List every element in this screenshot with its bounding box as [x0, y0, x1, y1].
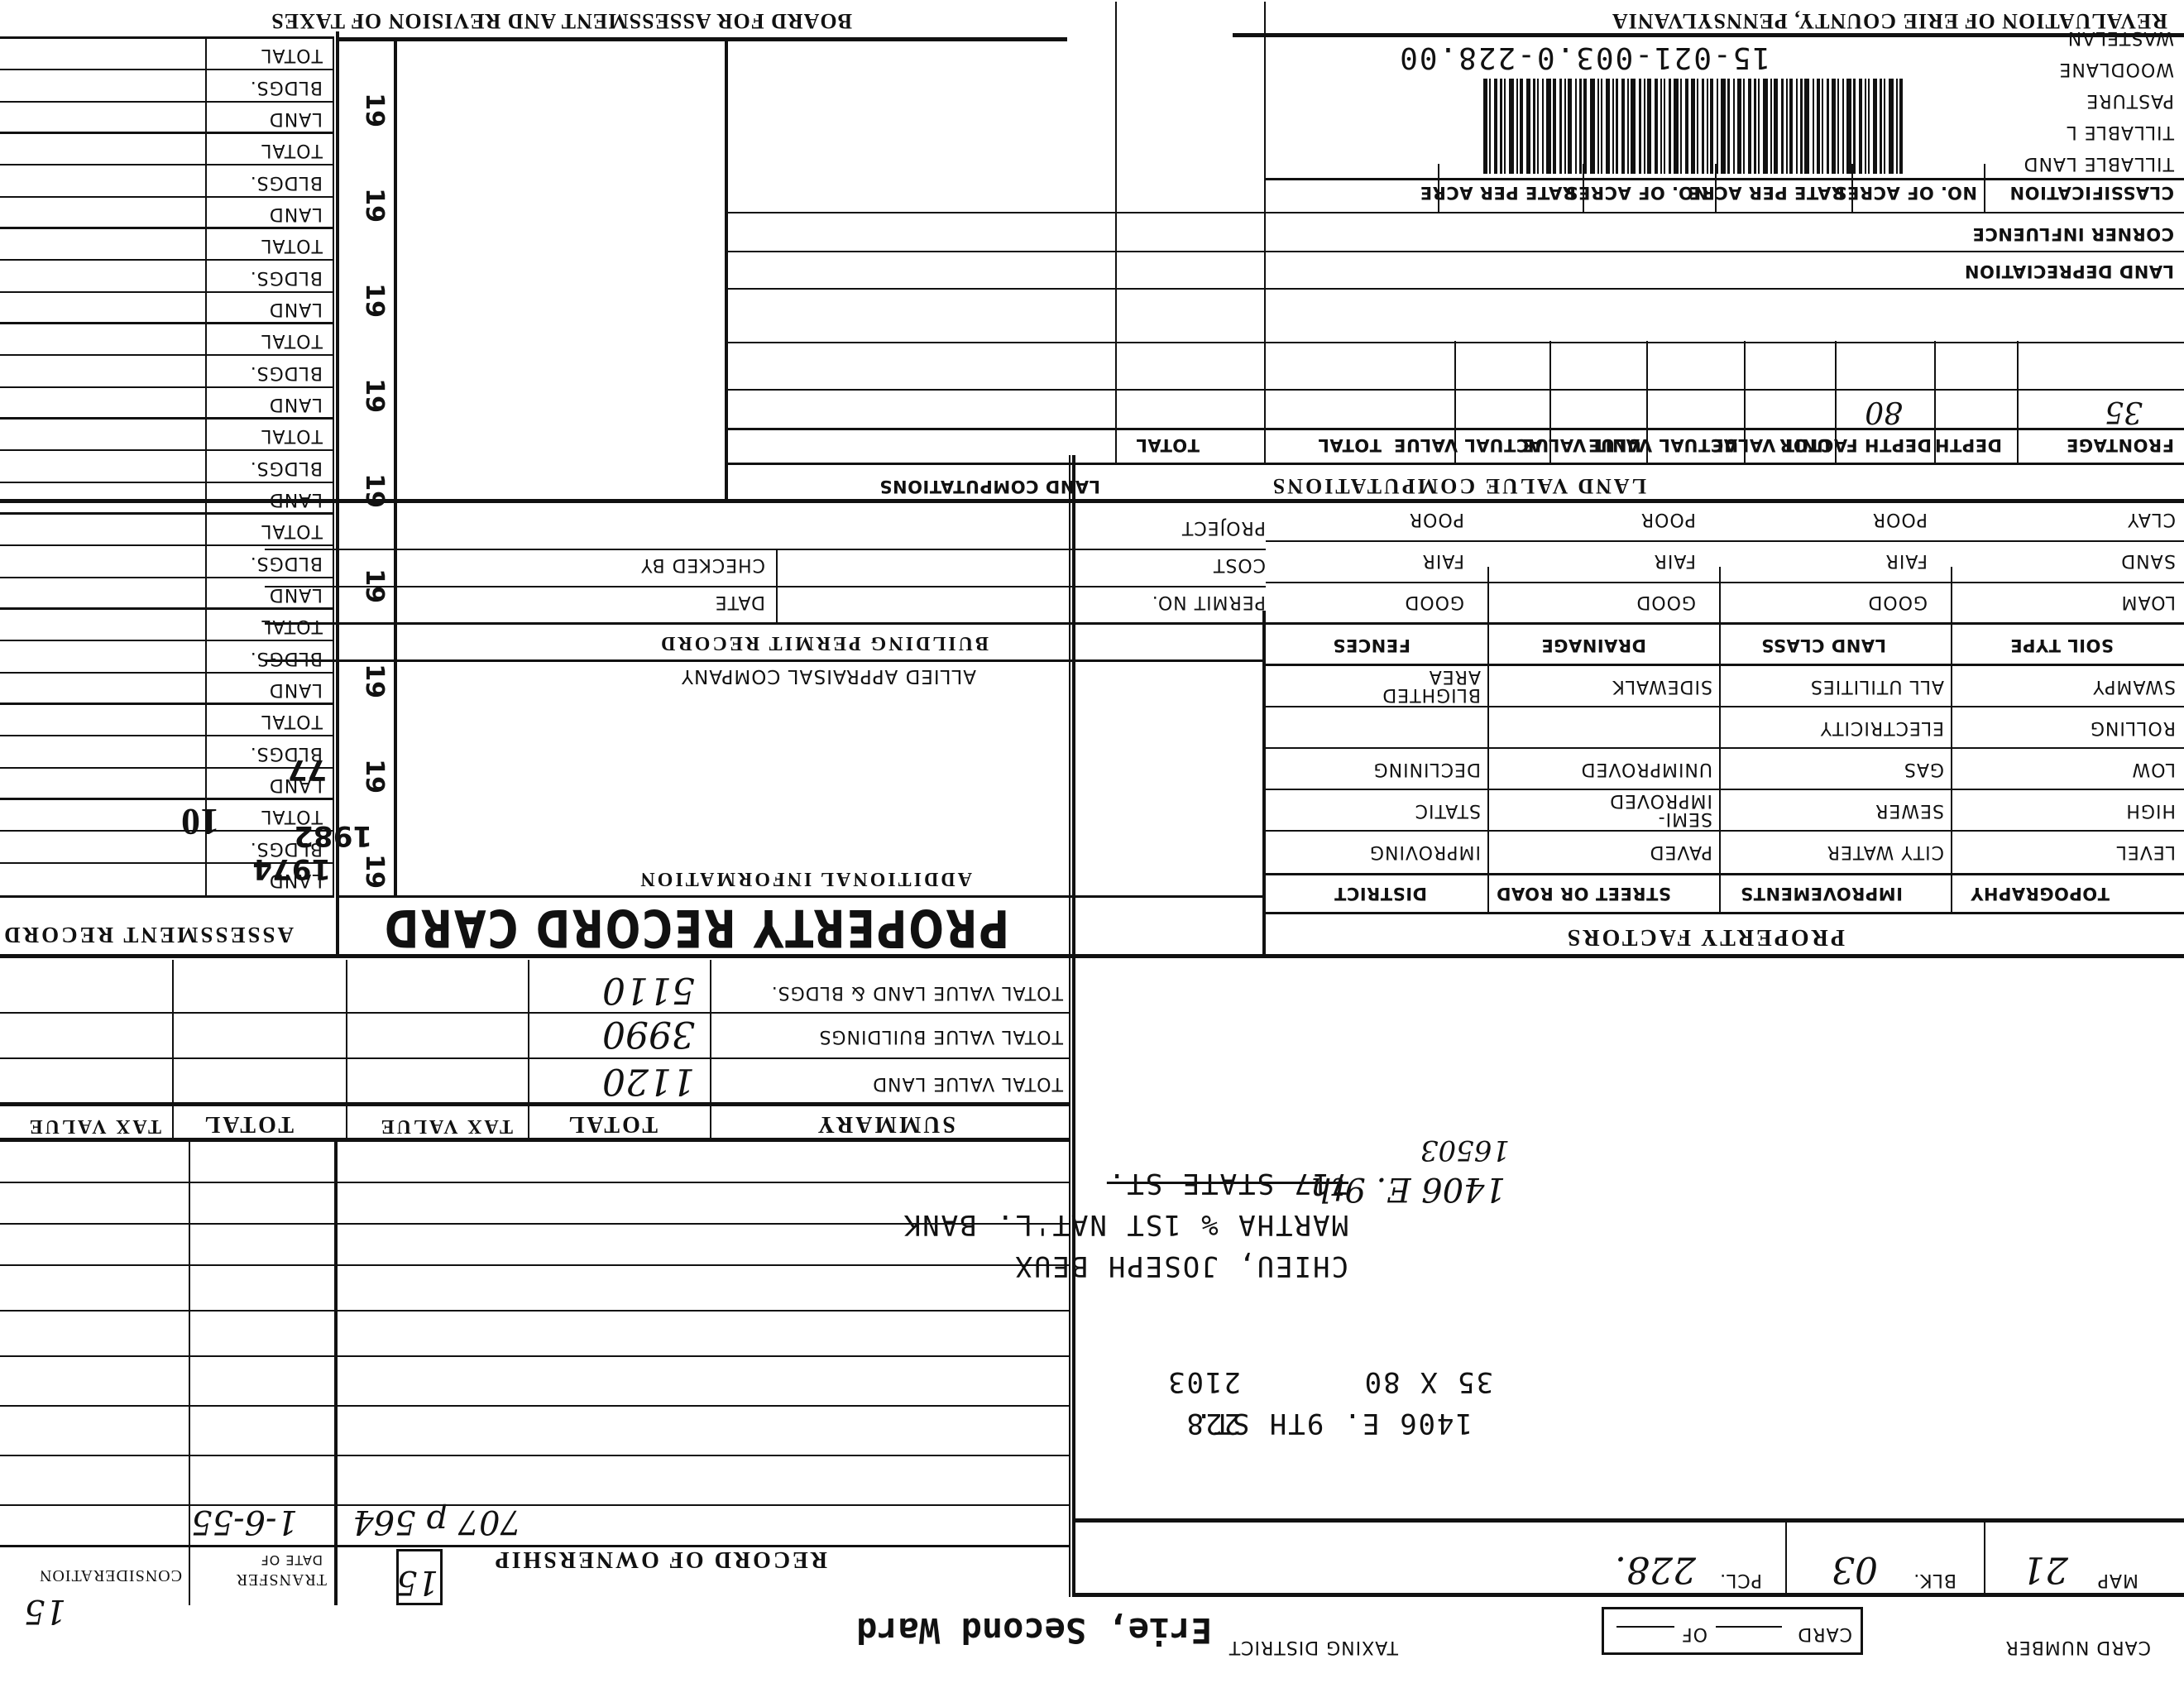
permit-cost-label: COST [1213, 554, 1266, 575]
of-label: OF [1681, 1623, 1707, 1644]
rule [728, 463, 2184, 465]
permit-no-label: PERMIT NO. [1152, 592, 1266, 612]
pf-rolling[interactable]: ROLLING [2090, 717, 2176, 738]
summary-title: SUMMARY [816, 1110, 955, 1137]
pf-semi-improved[interactable]: SEMI-IMPROVED [1613, 791, 1712, 827]
barcode-bar [1537, 79, 1539, 174]
barcode-bar [1639, 79, 1641, 174]
lvc-rate-per-acre-2: RATE PER ACRE [1420, 183, 1576, 203]
year-prefix: 19 [360, 759, 389, 794]
barcode-bar [1786, 79, 1788, 174]
barcode-bar [1660, 79, 1662, 174]
year-prefix: 19 [360, 473, 389, 508]
rule [265, 659, 1266, 662]
assessment-value-cell[interactable] [0, 420, 203, 451]
pf-drainage-good[interactable]: GOOD [1636, 592, 1696, 612]
barcode-bar [1707, 79, 1708, 174]
assessment-value-cell[interactable] [0, 832, 203, 863]
pf-fences-good[interactable]: GOOD [1404, 592, 1464, 612]
rule [1266, 706, 2184, 707]
assessment-row-label: BLDGS. [250, 77, 323, 98]
barcode-bar [1804, 79, 1809, 174]
lvc-header-frontage: FRONTAGE [2067, 435, 2174, 455]
assessment-row-label: BLDGS. [250, 172, 323, 193]
rule [265, 586, 1266, 587]
pf-sand[interactable]: SAND [2120, 550, 2176, 571]
assessment-value-cell[interactable] [0, 451, 203, 482]
barcode-bar [1674, 79, 1679, 174]
ownership-date[interactable]: 1-6-55 [191, 1503, 298, 1541]
barcode-bar [1616, 79, 1618, 174]
assessment-row-label: TOTAL [261, 45, 323, 65]
rule [1075, 1593, 2184, 1597]
permit-project-label: PROJECT [1181, 517, 1266, 538]
assessment-value-cell[interactable] [0, 261, 203, 292]
barcode-bar [1796, 79, 1798, 174]
barcode-bar [1896, 79, 1898, 174]
rule [728, 428, 2184, 430]
year-prefix: 19 [360, 568, 389, 603]
assessment-value-cell[interactable] [0, 610, 203, 641]
assessment-value-cell[interactable] [0, 546, 203, 578]
assessment-row-label: TOTAL [261, 330, 323, 351]
barcode-bar [1865, 79, 1866, 174]
blk-value[interactable]: 03 [1832, 1548, 1878, 1590]
year-prefix: 19 [360, 854, 389, 889]
rule [1266, 830, 2184, 832]
card-label: CARD [1797, 1623, 1852, 1644]
assessment-row-label: LAND [269, 204, 323, 224]
assessment-value-cell[interactable] [0, 70, 203, 102]
lvc-depth-factor-value[interactable]: 80 [1865, 395, 1903, 429]
pf-paved[interactable]: PAVED [1650, 842, 1712, 862]
card-of-box[interactable]: CARD OF [1602, 1607, 1863, 1655]
lvc-header-actual-value-2: ACTUAL VALUE [1394, 435, 1543, 455]
rule [394, 37, 397, 898]
barcode-bar [1483, 79, 1487, 174]
summary-col-total: TOTAL [567, 1110, 658, 1137]
barcode-bar [1737, 79, 1741, 174]
barcode-bar [1597, 79, 1599, 174]
pf-header-soil-type: SOIL TYPE [2010, 635, 2114, 655]
rule [0, 1264, 1070, 1266]
owner-name: CHIEU, JOSEPH BEUX [1014, 1249, 1348, 1283]
barcode-bar [1680, 79, 1682, 174]
barcode-bar [1546, 79, 1551, 174]
lvc-corner-influence: CORNER INFLUENCE [1972, 224, 2174, 244]
assessment-value-cell[interactable] [0, 198, 203, 229]
summary-col-total-2: TOTAL [203, 1110, 294, 1137]
pf-clay[interactable]: CLAY [2127, 509, 2176, 530]
pcl-label: PCL. [1719, 1570, 1762, 1590]
pf-loam[interactable]: LOAM [2121, 592, 2176, 612]
barcode-bar [1516, 79, 1518, 174]
barcode-bar [1520, 79, 1523, 174]
pf-header-street: STREET OR ROAD [1497, 884, 1671, 904]
year-prefix: 19 [360, 283, 389, 318]
rule [1438, 164, 1439, 213]
rule [0, 499, 2184, 503]
barcode-bar [1710, 79, 1713, 174]
rule [1266, 622, 2184, 625]
lvc-header-total: TOTAL [1318, 435, 1382, 455]
barcode-bar [1721, 79, 1726, 174]
card-number-label: CARD NUMBER [2060, 1637, 2151, 1657]
rule [339, 895, 1266, 898]
pf-city-water[interactable]: CITY WATER [1827, 842, 1944, 862]
barcode-bar [1727, 79, 1730, 174]
barcode-bar [1889, 79, 1894, 174]
appraisal-company: ALLIED APPRAISAL COMPANY [681, 665, 976, 687]
assessment-value-cell[interactable] [0, 705, 203, 736]
rule [1951, 567, 1952, 914]
ward-number: 15 [396, 1563, 438, 1601]
owner-address-handwritten: 1406 E. 9th [1310, 1170, 1506, 1208]
assessment-value-cell[interactable] [0, 229, 203, 261]
pf-gas[interactable]: GAS [1904, 759, 1944, 779]
rule [1266, 178, 2184, 180]
barcode-bar [1590, 79, 1595, 174]
rule [0, 1455, 1070, 1456]
summary-buildings-label: TOTAL VALUE BUILDINGS [819, 1026, 1063, 1047]
pcl-value[interactable]: 228. [1615, 1548, 1696, 1590]
card-blank [1716, 1626, 1782, 1628]
rule [1069, 455, 1070, 1597]
assessment-row-label: LAND [269, 489, 323, 510]
rule [0, 1138, 1070, 1142]
assessment-row-label: LAND [269, 774, 323, 795]
pf-header-fences: FENCES [1333, 635, 1410, 655]
land-computations-title: LAND COMPUTATIONS [879, 477, 1100, 496]
lvc-no-of-acres: NO. OF ACRES [1834, 183, 1977, 203]
rule [1549, 341, 1551, 465]
property-record-card: CARD NUMBER CARD OF TAXING DISTRICT Erie… [0, 0, 2184, 1688]
assessment-value-cell[interactable] [0, 324, 203, 356]
barcode-bar [1621, 79, 1625, 174]
rule [1744, 341, 1746, 465]
summary-col-tax-value: TAX VALUE [379, 1115, 513, 1137]
assessment-value-cell[interactable] [0, 103, 203, 134]
barcode-bar [1612, 79, 1614, 174]
rule [205, 39, 207, 895]
barcode-bar [1509, 79, 1514, 174]
ward-box: 15 [396, 1549, 443, 1605]
pf-low[interactable]: LOW [2131, 759, 2176, 779]
rule [339, 37, 1067, 41]
rule [172, 960, 174, 1142]
barcode-bar [1743, 79, 1745, 174]
lvc-classification: CLASSIFICATION [2009, 183, 2174, 203]
barcode-bar [1758, 79, 1760, 174]
barcode-bar [1669, 79, 1671, 174]
rule [0, 954, 2184, 958]
date-of-label: DATE OF [260, 1552, 323, 1568]
year-prefix: 19 [360, 664, 389, 698]
rule [1075, 1518, 2184, 1523]
barcode-bar [1504, 79, 1506, 174]
barcode-bar [1647, 79, 1651, 174]
assessment-value-cell[interactable] [0, 864, 203, 895]
summary-land-value[interactable]: 1120 [602, 1060, 695, 1102]
pf-blighted-area[interactable]: BLIGHTED AREA [1382, 667, 1481, 703]
assessment-row-label: LAND [269, 870, 323, 890]
barcode-bar [1748, 79, 1751, 174]
rule [1984, 1523, 1985, 1597]
assessment-row-label: BLDGS. [250, 362, 323, 383]
rule [1719, 567, 1721, 914]
map-value[interactable]: 21 [2022, 1548, 2068, 1590]
assessment-value-cell[interactable] [0, 388, 203, 420]
barcode-bar [1733, 79, 1735, 174]
pf-drainage-poor[interactable]: POOR [1640, 509, 1696, 530]
owner-lot-size: 35 X 80 [1363, 1365, 1493, 1398]
barcode-bar [1575, 79, 1577, 174]
pf-land-class-good[interactable]: GOOD [1867, 592, 1928, 612]
barcode-bar [1817, 79, 1820, 174]
land-type-pasture: PASTURE [2086, 90, 2174, 111]
parcel-id: 15-021-003.0-228.00 [1398, 41, 1770, 74]
rule [0, 1504, 1070, 1506]
taxing-district-label: TAXING DISTRICT [1307, 1637, 1398, 1657]
barcode-bar [1579, 79, 1582, 174]
pf-declining[interactable]: DECLINING [1373, 759, 1481, 779]
barcode-bar [1853, 79, 1856, 174]
pf-header-land-class: LAND CLASS [1761, 635, 1886, 655]
lvc-no-of-acres-2: NO. OF ACRES [1565, 183, 1708, 203]
barcode-bar [1601, 79, 1602, 174]
assessment-value-cell[interactable] [0, 356, 203, 387]
assessment-row-label: BLDGS. [250, 458, 323, 478]
barcode-bar [1813, 79, 1814, 174]
assessment-value-cell[interactable] [0, 641, 203, 673]
barcode-bar [1880, 79, 1882, 174]
map-label: MAP [2097, 1570, 2138, 1590]
pf-sewer[interactable]: SEWER [1875, 800, 1944, 821]
pf-unimproved[interactable]: UNIMPROVED [1581, 759, 1712, 779]
building-permit-title: BUILDING PERMIT RECORD [659, 631, 989, 654]
assessment-value-cell[interactable] [0, 769, 203, 800]
pf-fences-poor[interactable]: POOR [1409, 509, 1464, 530]
rule [1266, 540, 2184, 542]
barcode-bar [1774, 79, 1778, 174]
assessment-value-cell[interactable] [0, 578, 203, 610]
assessment-row-label: TOTAL [261, 711, 323, 731]
barcode-bar [1832, 79, 1836, 174]
rule [189, 1142, 190, 1605]
assessment-row-label: TOTAL [261, 235, 323, 256]
summary-col-tax-value-2: TAX VALUE [27, 1115, 161, 1137]
barcode-bar [1553, 79, 1556, 174]
rule [0, 1545, 1070, 1547]
barcode-bar [1763, 79, 1768, 174]
barcode-bar [1822, 79, 1823, 174]
pf-static[interactable]: STATIC [1415, 800, 1481, 821]
rule [1934, 341, 1936, 465]
barcode-bar [1842, 79, 1844, 174]
assessment-row-label: TOTAL [261, 425, 323, 446]
rule [710, 960, 711, 1142]
pf-header-district: DISTRICT [1334, 884, 1427, 904]
barcode-bar [1754, 79, 1756, 174]
barcode-bar [1827, 79, 1829, 174]
property-factors-title: PROPERTY FACTORS [1565, 923, 1845, 950]
owner-property-address: 1406 E. 9TH ST. [1194, 1407, 1473, 1440]
pf-fences-fair[interactable]: FAIR [1422, 550, 1464, 571]
assessment-row-label: TOTAL [261, 140, 323, 161]
rule [728, 288, 2184, 290]
rule [728, 342, 2184, 343]
barcode-bar [1717, 79, 1718, 174]
assessment-value-cell[interactable] [0, 800, 203, 832]
year-prefix: 19 [360, 93, 389, 127]
rule [0, 1310, 1070, 1312]
barcode-bar [1884, 79, 1885, 174]
assessment-record-title: ASSESSMENT RECORD [2, 922, 294, 947]
assessment-row-label: TOTAL [261, 616, 323, 636]
year-prefix: 19 [360, 378, 389, 413]
rule [0, 1102, 1070, 1106]
rule [1454, 341, 1456, 465]
rule [2017, 341, 2019, 465]
lvc-land-depreciation: LAND DEPRECIATION [1964, 261, 2174, 281]
assessment-value-cell[interactable] [0, 134, 203, 165]
rule [728, 389, 2184, 391]
blk-label: BLK. [1913, 1570, 1956, 1590]
summary-total-value[interactable]: 5110 [602, 969, 695, 1011]
assessment-value-cell[interactable] [0, 483, 203, 515]
summary-total-label: TOTAL VALUE LAND & BLDGS. [771, 982, 1063, 1003]
land-type-tillable-l: TILLABLE L [2067, 122, 2175, 142]
of-blank [1616, 1626, 1674, 1628]
barcode-bar [1859, 79, 1862, 174]
pf-sidewalk[interactable]: SIDEWALK [1612, 676, 1712, 697]
rule [346, 960, 347, 1142]
lvc-rate-per-acre: RATE PER ACRE [1688, 183, 1845, 203]
assessment-value-cell[interactable] [0, 674, 203, 705]
permit-checked-by-label: CHECKED BY [640, 554, 765, 575]
assessment-row-label: BLDGS. [250, 267, 323, 288]
year-prefix: 19 [360, 188, 389, 223]
pf-drainage-fair[interactable]: FAIR [1654, 550, 1696, 571]
barcode-bar [1564, 79, 1566, 174]
pf-header-drainage: DRAINAGE [1541, 635, 1646, 655]
barcode-bar [1500, 79, 1502, 174]
rule [265, 622, 1266, 625]
assessment-value-cell[interactable] [0, 39, 203, 70]
pf-header-improvements: IMPROVEMENTS [1741, 884, 1903, 904]
barcode-bar [1494, 79, 1497, 174]
rule [1115, 2, 1117, 465]
barcode-bar [1691, 79, 1695, 174]
barcode-bar [1664, 79, 1665, 174]
rule [528, 960, 529, 1142]
barcode-bar [1789, 79, 1793, 174]
lvc-header-depth: DEPTH [1934, 435, 2002, 455]
rule [776, 550, 778, 625]
additional-information-label: ADDITIONAL INFORMATION [638, 867, 972, 890]
assessment-row-label: BLDGS. [250, 648, 323, 669]
land-type-tillable-land: TILLABLE LAND [2024, 153, 2174, 174]
parcel-barcode [1481, 79, 1903, 174]
barcode-bar [1873, 79, 1877, 174]
rule [1984, 164, 1985, 213]
lvc-frontage-value[interactable]: 35 [2105, 395, 2143, 429]
assessment-value-cell[interactable] [0, 165, 203, 197]
barcode-bar [1837, 79, 1839, 174]
assessment-value-cell[interactable] [0, 515, 203, 546]
rule [1233, 33, 2184, 37]
pf-high[interactable]: HIGH [2125, 800, 2176, 821]
permit-date-label: DATE [715, 592, 765, 612]
rule [0, 1057, 1070, 1059]
pf-improving[interactable]: IMPROVING [1369, 842, 1481, 862]
assessment-value-cell[interactable] [0, 736, 203, 768]
barcode-bar [1702, 79, 1704, 174]
barcode-bar [1685, 79, 1688, 174]
assessment-row-label: BLDGS. [250, 838, 323, 859]
pf-electricity[interactable]: ELECTRICITY [1820, 717, 1944, 738]
corner-mark: 15 [24, 1592, 66, 1630]
rule [728, 251, 2184, 252]
pf-land-class-fair[interactable]: FAIR [1885, 550, 1928, 571]
rule [1835, 341, 1837, 465]
summary-land-label: TOTAL VALUE LAND [872, 1073, 1063, 1094]
rule [1266, 747, 2184, 749]
rule [0, 1012, 1070, 1014]
rule [1266, 912, 2184, 914]
rule [265, 549, 1266, 550]
barcode-bar [1868, 79, 1870, 174]
assessment-row-label: BLDGS. [250, 553, 323, 573]
barcode-bar [1559, 79, 1562, 174]
pf-land-class-poor[interactable]: POOR [1872, 509, 1928, 530]
assessment-row-label: LAND [269, 679, 323, 700]
owner-line1-left: 2103 [1166, 1365, 1241, 1398]
assessment-row-label: TOTAL [261, 520, 323, 541]
assessment-row-label: LAND [269, 299, 323, 319]
land-type-woodlane: WOODLANE [2059, 59, 2175, 79]
assessment-row-label: BLDGS. [250, 743, 323, 764]
board-footer: BOARD FOR ASSESSMENT AND REVISION OF TAX… [271, 8, 852, 33]
barcode-bar [1899, 79, 1903, 174]
barcode-bar [1526, 79, 1530, 174]
rule [0, 1355, 1070, 1357]
barcode-bar [1583, 79, 1587, 174]
rule [1266, 582, 2184, 583]
pf-level[interactable]: LEVEL [2116, 842, 2176, 862]
record-of-ownership-title: RECORD OF OWNERSHIP [493, 1546, 827, 1572]
barcode-bar [1568, 79, 1572, 174]
rule [1266, 789, 2184, 790]
barcode-bar [1655, 79, 1658, 174]
rule [0, 1405, 1070, 1407]
transfer-label: TRANSFER [236, 1570, 327, 1589]
rule [728, 212, 2184, 213]
barcode-bar [1846, 79, 1851, 174]
barcode-bar [1627, 79, 1629, 174]
barcode-bar [1533, 79, 1535, 174]
barcode-bar [1644, 79, 1645, 174]
ownership-deed[interactable]: 707 p 564 [352, 1503, 521, 1541]
pf-all-utilities[interactable]: ALL UTILITIES [1810, 676, 1944, 697]
pf-swampy[interactable]: SWAMPY [2092, 676, 2176, 697]
rule [1072, 455, 1075, 1597]
rule [1487, 567, 1489, 914]
summary-buildings-value[interactable]: 3990 [602, 1013, 695, 1055]
rule [334, 1142, 338, 1605]
barcode-bar [1606, 79, 1610, 174]
assessment-value-cell[interactable] [0, 293, 203, 324]
